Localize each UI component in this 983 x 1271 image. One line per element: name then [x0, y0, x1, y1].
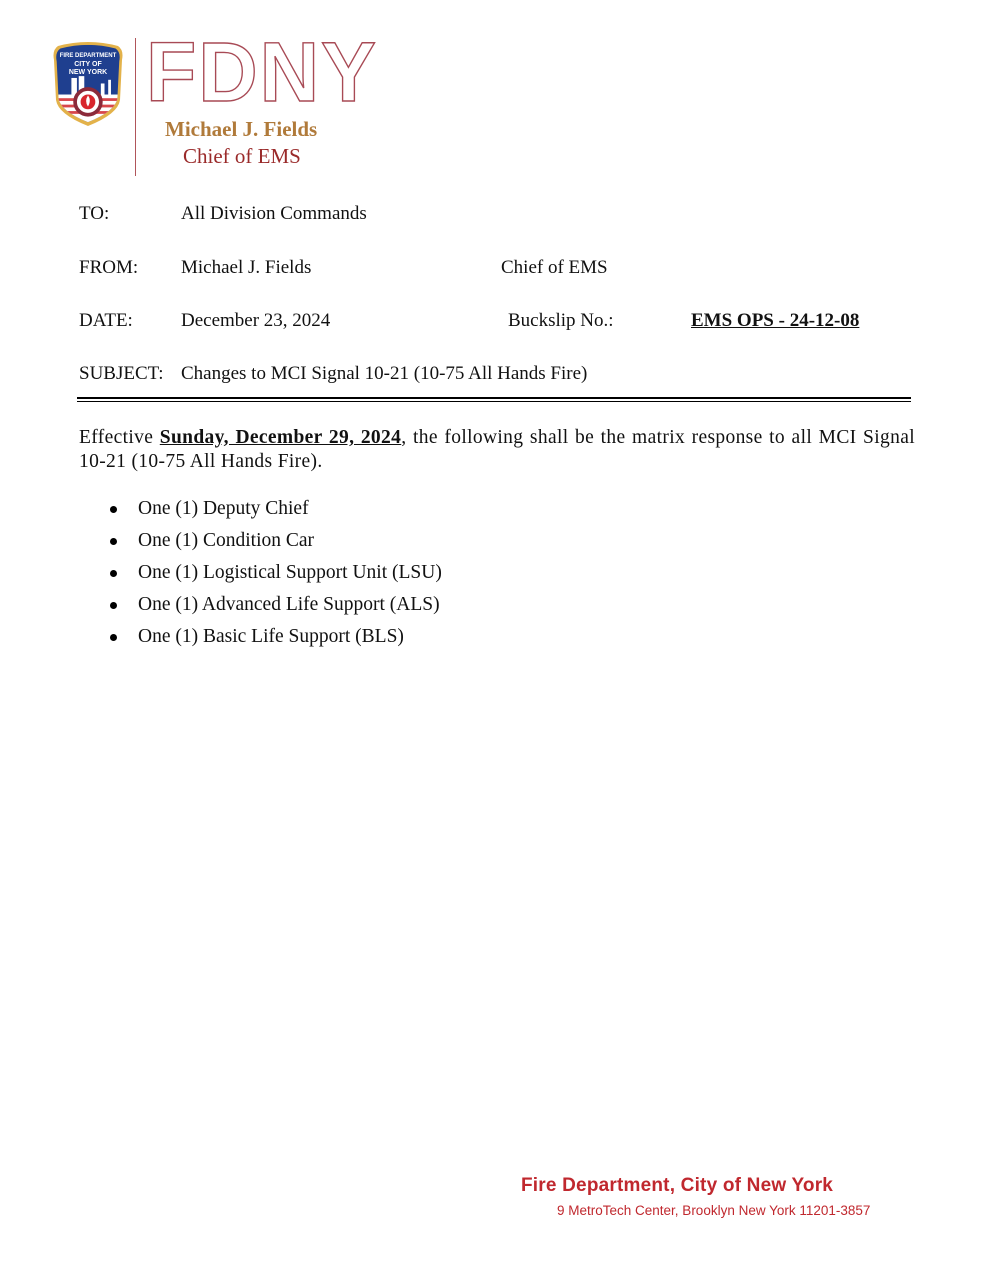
from-value: Michael J. Fields	[181, 258, 311, 277]
to-label: TO:	[79, 204, 109, 223]
from-label: FROM:	[79, 258, 138, 277]
date-value: December 23, 2024	[181, 311, 330, 330]
executive-name: Michael J. Fields	[165, 117, 317, 142]
unit-label: One (1) Basic Life Support (BLS)	[138, 626, 404, 647]
bullet-icon	[110, 570, 117, 577]
list-item: One (1) Basic Life Support (BLS)	[108, 625, 442, 657]
list-item: One (1) Deputy Chief	[108, 497, 442, 529]
body-lead: Effective	[79, 427, 160, 448]
list-item: One (1) Logistical Support Unit (LSU)	[108, 561, 442, 593]
bullet-icon	[110, 506, 117, 513]
svg-text:NEW YORK: NEW YORK	[69, 69, 107, 76]
to-value: All Division Commands	[181, 204, 367, 223]
unit-list: One (1) Deputy Chief One (1) Condition C…	[108, 497, 442, 657]
buckslip-number: EMS OPS - 24-12-08	[691, 311, 859, 330]
list-item: One (1) Advanced Life Support (ALS)	[108, 593, 442, 625]
unit-label: One (1) Advanced Life Support (ALS)	[138, 594, 440, 615]
fdny-patch-logo-icon: FIRE DEPARTMENT CITY OF NEW YORK	[50, 40, 126, 128]
from-title: Chief of EMS	[501, 258, 608, 277]
executive-title: Chief of EMS	[183, 144, 301, 169]
unit-label: One (1) Deputy Chief	[138, 498, 309, 519]
body-paragraph: Effective Sunday, December 29, 2024, the…	[79, 426, 915, 474]
svg-text:CITY OF: CITY OF	[74, 61, 102, 68]
fdny-wordmark: FDNY	[146, 30, 378, 114]
unit-label: One (1) Logistical Support Unit (LSU)	[138, 562, 442, 583]
list-item: One (1) Condition Car	[108, 529, 442, 561]
subject-label: SUBJECT:	[79, 364, 164, 383]
footer-address: 9 MetroTech Center, Brooklyn New York 11…	[557, 1203, 870, 1218]
letterhead-divider	[135, 38, 136, 176]
date-label: DATE:	[79, 311, 133, 330]
footer-organization: Fire Department, City of New York	[521, 1175, 833, 1197]
subject-value: Changes to MCI Signal 10-21 (10-75 All H…	[181, 364, 587, 383]
unit-label: One (1) Condition Car	[138, 530, 314, 551]
bullet-icon	[110, 538, 117, 545]
bullet-icon	[110, 634, 117, 641]
header-divider	[77, 397, 911, 402]
svg-text:FIRE DEPARTMENT: FIRE DEPARTMENT	[60, 53, 117, 59]
bullet-icon	[110, 602, 117, 609]
buckslip-label: Buckslip No.:	[508, 311, 614, 330]
effective-date: Sunday, December 29, 2024	[160, 427, 401, 448]
